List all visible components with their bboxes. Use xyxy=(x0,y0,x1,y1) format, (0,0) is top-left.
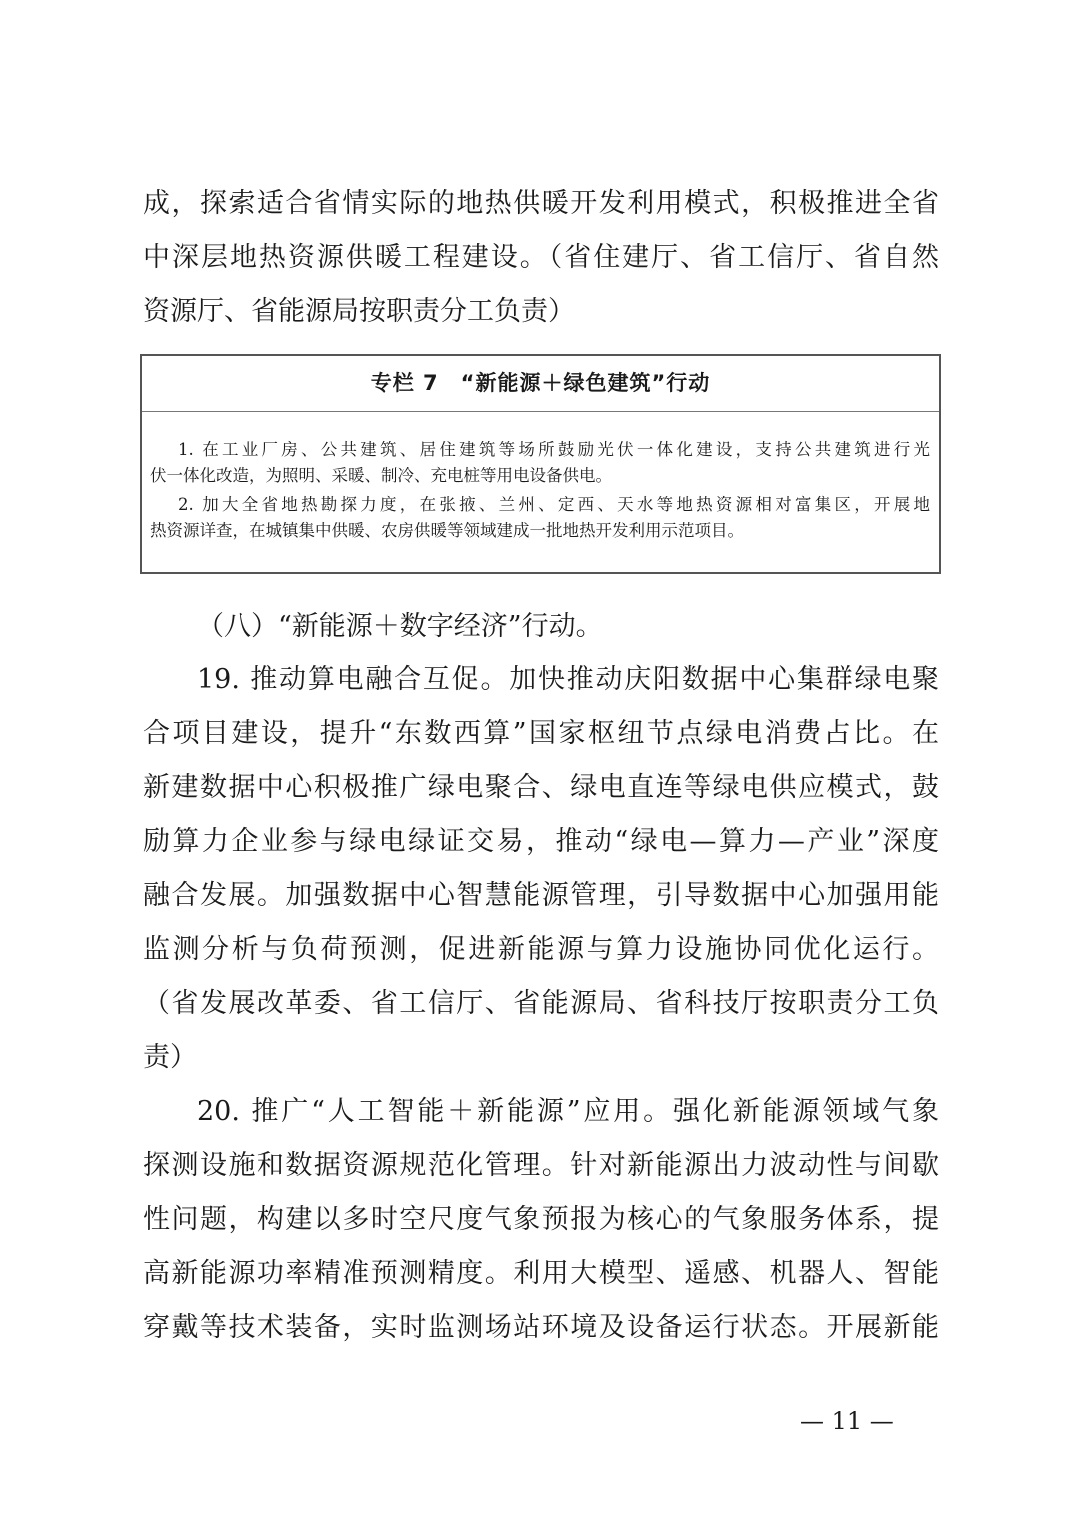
box-item-line: 热资源详查，在城镇集中供暖、农房供暖等领域建成一批地热开发利用示范项目。 xyxy=(150,519,930,543)
text-line: 新建数据中心积极推广绿电聚合、绿电直连等绿电供应模式，鼓 xyxy=(143,770,939,806)
text-line: 励算力企业参与绿电绿证交易，推动“绿电—算力—产业”深度 xyxy=(143,824,939,860)
text-line: 探测设施和数据资源规范化管理。针对新能源出力波动性与间歇 xyxy=(143,1148,939,1184)
text-line: 穿戴等技术装备，实时监测场站环境及设备运行状态。开展新能 xyxy=(143,1310,939,1346)
text-line: 19. 推动算电融合互促。加快推动庆阳数据中心集群绿电聚 xyxy=(197,662,939,698)
text-line: （省发展改革委、省工信厅、省能源局、省科技厅按职责分工负 xyxy=(143,986,939,1022)
box-item-line: 伏一体化改造，为照明、采暖、制冷、充电桩等用电设备供电。 xyxy=(150,464,930,488)
text-line: 成，探索适合省情实际的地热供暖开发利用模式，积极推进全省 xyxy=(143,186,939,222)
column-box: 专栏 7 “新能源＋绿色建筑”行动 1. 在工业厂房、公共建筑、居住建筑等场所鼓… xyxy=(140,354,941,574)
text-line: 高新能源功率精准预测精度。利用大模型、遥感、机器人、智能 xyxy=(143,1256,939,1292)
document-page: 成，探索适合省情实际的地热供暖开发利用模式，积极推进全省 中深层地热资源供暖工程… xyxy=(0,0,1080,1527)
page-number: — 11 — xyxy=(800,1406,894,1436)
text-line: 中深层地热资源供暖工程建设。（省住建厅、省工信厅、省自然 xyxy=(143,240,939,276)
text-line: 20. 推广“人工智能＋新能源”应用。强化新能源领域气象 xyxy=(197,1094,939,1130)
text-line: 性问题，构建以多时空尺度气象预报为核心的气象服务体系，提 xyxy=(143,1202,939,1238)
text-line: 融合发展。加强数据中心智慧能源管理，引导数据中心加强用能 xyxy=(143,878,939,914)
box-item-line: 2. 加大全省地热勘探力度，在张掖、兰州、定西、天水等地热资源相对富集区，开展地 xyxy=(178,493,930,517)
text-line: 资源厅、省能源局按职责分工负责） xyxy=(143,294,939,330)
text-line: 责） xyxy=(143,1040,939,1076)
text-line: 合项目建设，提升“东数西算”国家枢纽节点绿电消费占比。在 xyxy=(143,716,939,752)
section-heading: （八）“新能源＋数字经济”行动。 xyxy=(197,609,939,645)
column-box-title: 专栏 7 “新能源＋绿色建筑”行动 xyxy=(142,356,939,412)
box-item-line: 1. 在工业厂房、公共建筑、居住建筑等场所鼓励光伏一体化建设，支持公共建筑进行光 xyxy=(178,438,930,462)
text-line: 监测分析与负荷预测，促进新能源与算力设施协同优化运行。 xyxy=(143,932,939,968)
